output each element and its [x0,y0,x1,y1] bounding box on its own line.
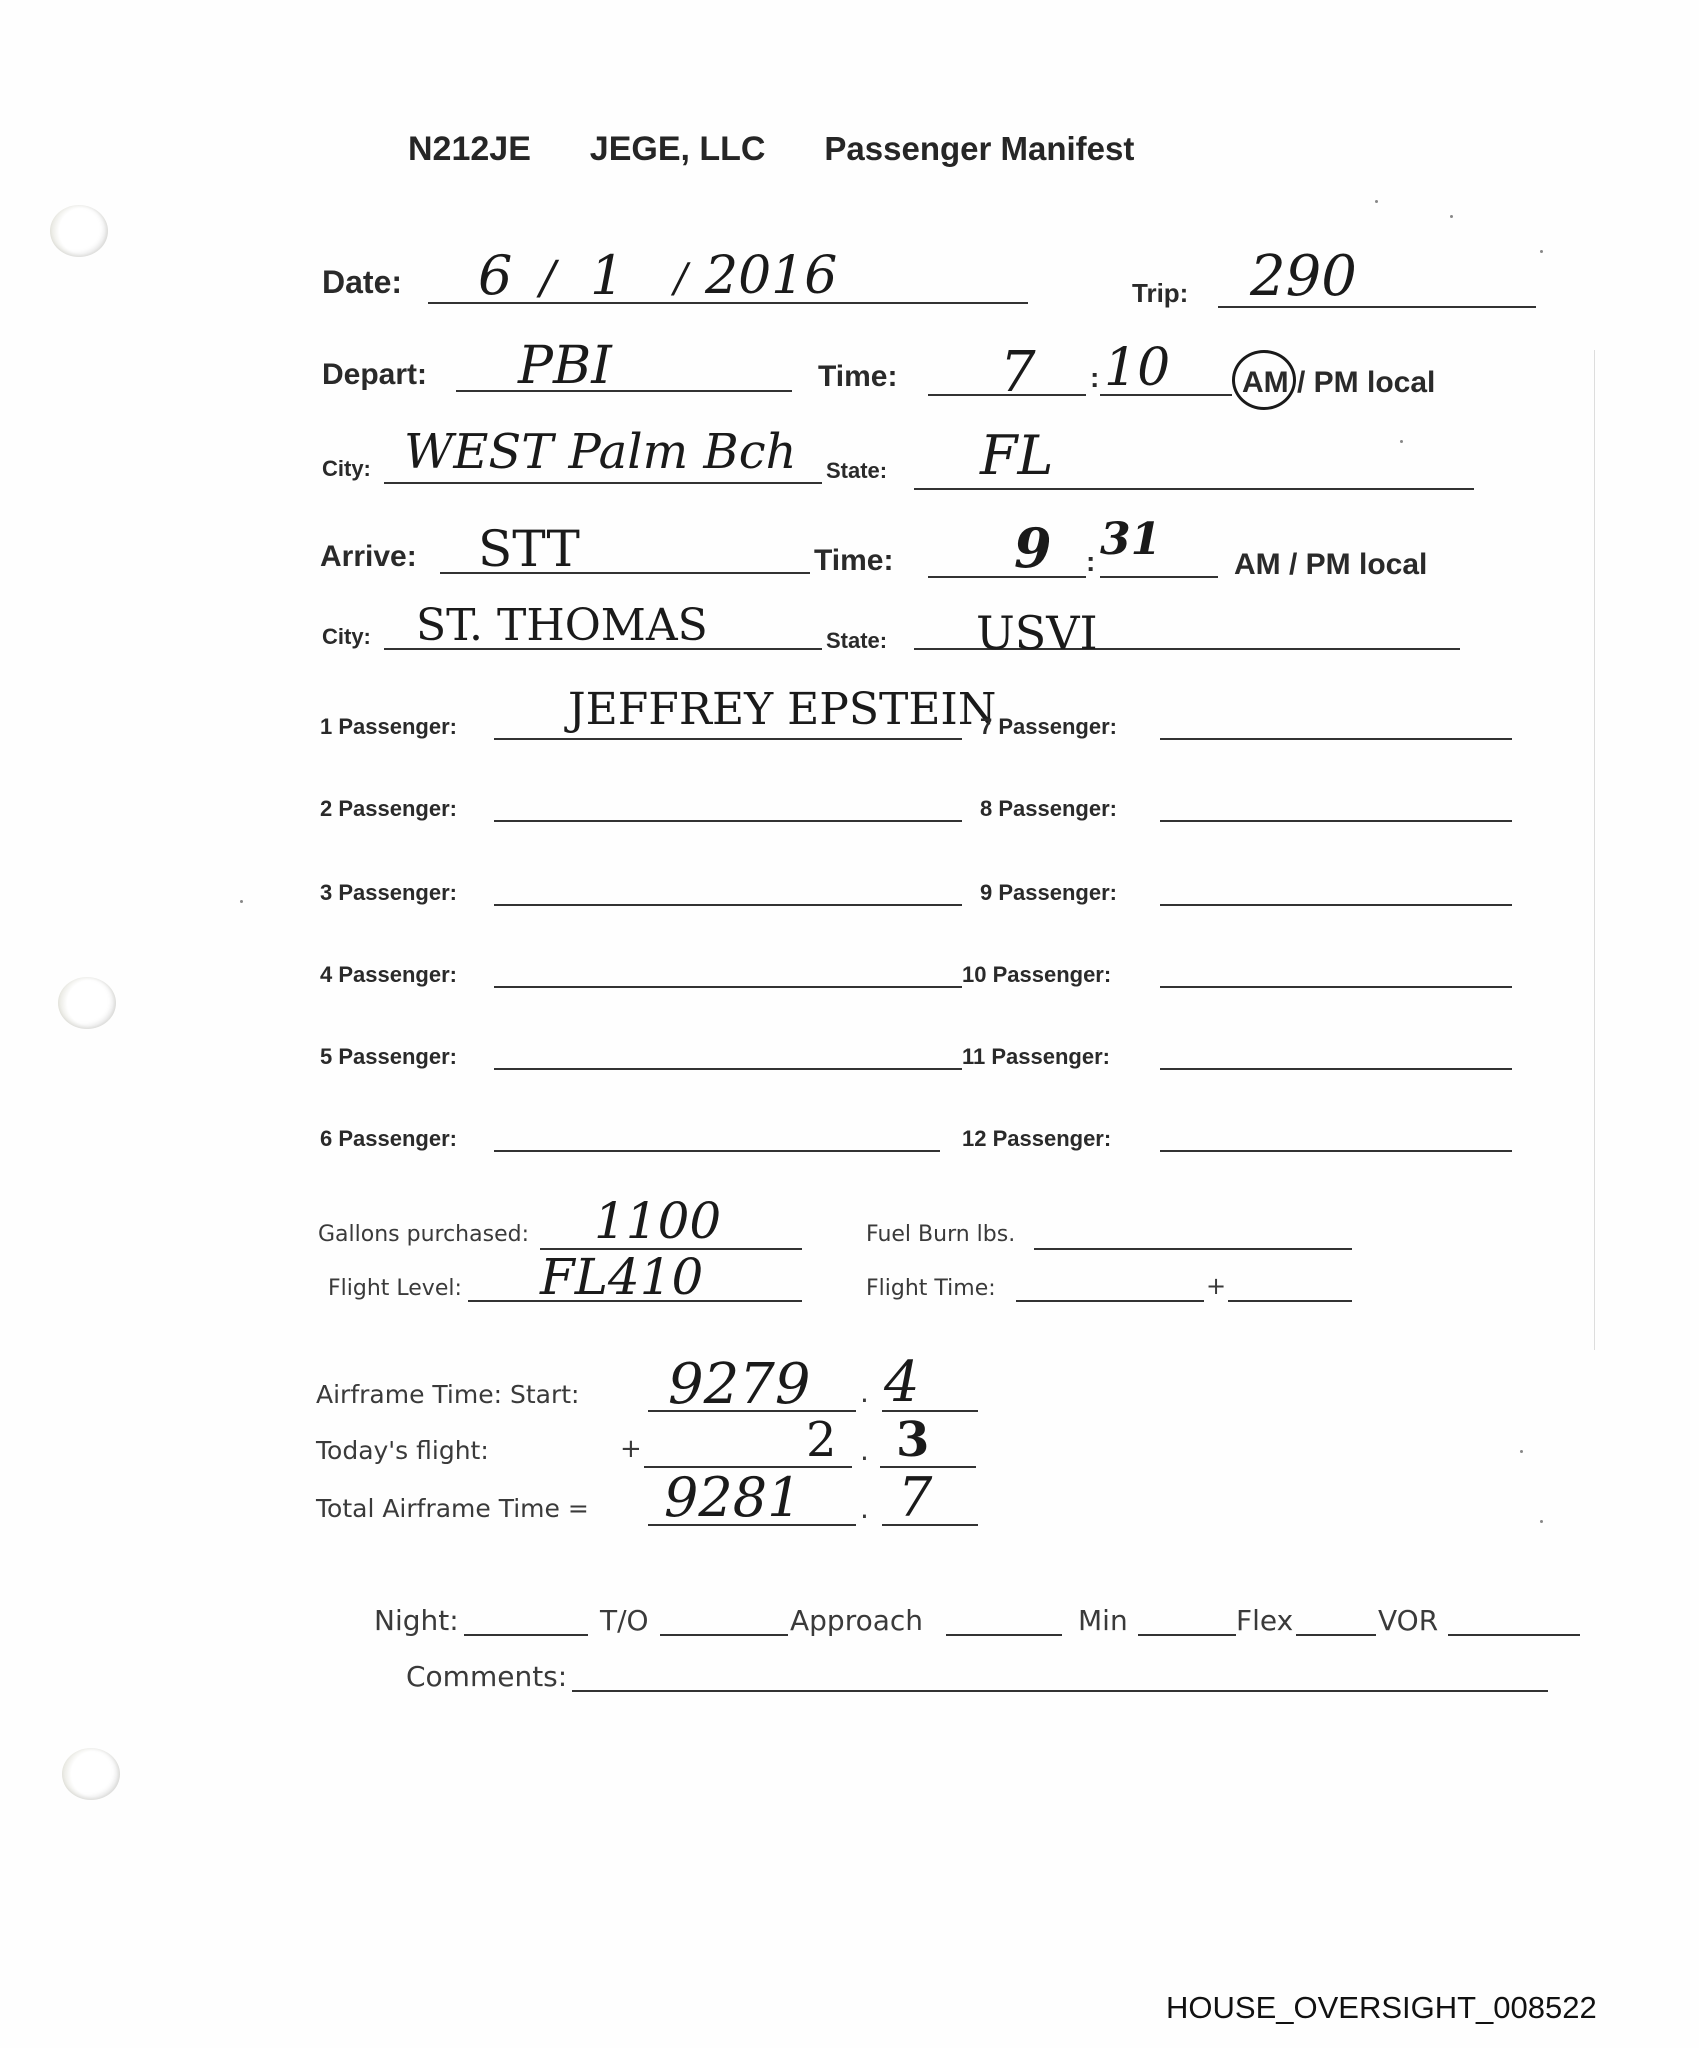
depart-state-line [914,488,1474,490]
passenger-8-label: 8 Passenger: [980,796,1117,822]
arrive-state-label: State: [826,628,887,654]
passenger-9-line[interactable] [1160,904,1512,906]
date-label: Date: [322,264,402,301]
scan-speck [1540,250,1543,253]
flight-time-hours-line[interactable] [1016,1300,1204,1302]
passenger-6-label: 6 Passenger: [320,1126,457,1152]
passenger-2-line[interactable] [494,820,962,822]
arrive-hour[interactable]: 9 [1014,516,1052,580]
date-separator-1: / [540,250,556,304]
arrive-time-colon: : [1086,546,1095,578]
todays-flight-whole[interactable]: 2 [806,1412,837,1468]
to-line[interactable] [660,1634,788,1636]
todays-flight-dot: . [860,1434,869,1467]
to-label: T/O [600,1604,649,1637]
passenger-6-line[interactable] [494,1150,940,1152]
passenger-5-line[interactable] [494,1068,962,1070]
airframe-start-dot: . [860,1376,869,1409]
scan-speck [1520,1450,1523,1453]
total-airframe-dot: . [860,1492,869,1525]
depart-line [456,390,792,392]
passenger-3-line[interactable] [494,904,962,906]
vor-label: VOR [1378,1604,1438,1637]
arrive-city[interactable]: ST. THOMAS [416,600,708,651]
passenger-12-line[interactable] [1160,1150,1512,1152]
depart-city-label: City: [322,456,371,482]
depart-state[interactable]: FL [980,424,1053,487]
date-year[interactable]: 2016 [705,246,837,306]
passenger-9-label: 9 Passenger: [980,880,1117,906]
arrive-minute-line [1100,576,1218,578]
passenger-5-label: 5 Passenger: [320,1044,457,1070]
total-airframe-tenth[interactable]: 7 [898,1466,932,1529]
passenger-1-label: 1 Passenger: [320,714,457,740]
comments-line[interactable] [572,1690,1548,1692]
date-separator-2: / [674,256,687,302]
passenger-7-line[interactable] [1160,738,1512,740]
manifest-title: N212JE JEGE, LLC Passenger Manifest [408,130,1134,169]
depart-state-label: State: [826,458,887,484]
passenger-10-line[interactable] [1160,986,1512,988]
airframe-start-tenth[interactable]: 4 [884,1350,920,1415]
depart-hour[interactable]: 7 [1000,340,1036,405]
scan-speck [1375,200,1378,203]
date-day[interactable]: 1 [590,244,624,307]
depart-minute[interactable]: 10 [1104,338,1170,398]
arrive-state[interactable]: USVI [976,606,1098,660]
bates-number: HOUSE_OVERSIGHT_008522 [1166,1990,1597,2026]
depart-time-colon: : [1090,362,1099,394]
tail-number: N212JE [408,130,531,168]
passenger-8-line[interactable] [1160,820,1512,822]
passenger-4-label: 4 Passenger: [320,962,457,988]
passenger-4-line[interactable] [494,986,962,988]
arrive-hour-line [928,576,1086,578]
date-month[interactable]: 6 [478,244,512,307]
arrive-label: Arrive: [320,540,417,574]
total-airframe-whole[interactable]: 9281 [664,1466,801,1529]
flex-label: Flex [1236,1604,1293,1637]
trip-label: Trip: [1132,278,1188,309]
passenger-11-label: 11 Passenger: [962,1044,1110,1070]
scan-speck [240,900,243,903]
fuel-burn-line[interactable] [1034,1248,1352,1250]
todays-flight-tenth[interactable]: 3 [896,1412,929,1468]
todays-flight-plus: + [620,1434,642,1464]
trip-number[interactable]: 290 [1250,244,1357,309]
scan-speck [1400,440,1403,443]
gallons-value[interactable]: 1100 [594,1192,721,1250]
company-name: JEGE, LLC [590,130,766,168]
comments-label: Comments: [406,1660,567,1693]
arrive-ampm-label[interactable]: AM / PM local [1234,548,1427,582]
night-label: Night: [374,1604,459,1637]
depart-airport[interactable]: PBI [518,336,612,396]
passenger-2-label: 2 Passenger: [320,796,457,822]
passenger-1-line[interactable] [494,738,962,740]
passenger-11-line[interactable] [1160,1068,1512,1070]
binder-hole-top [50,205,108,257]
manifest-page: N212JE JEGE, LLC Passenger Manifest Date… [0,0,1699,2048]
passenger-10-label: 10 Passenger: [962,962,1111,988]
flight-time-tenths-line[interactable] [1228,1300,1352,1302]
scan-speck [1540,1520,1543,1523]
night-line[interactable] [464,1634,588,1636]
passenger-12-label: 12 Passenger: [962,1126,1111,1152]
passenger-3-label: 3 Passenger: [320,880,457,906]
total-airframe-label: Total Airframe Time = [316,1494,589,1523]
depart-city-line [384,482,822,484]
airframe-start-whole[interactable]: 9279 [668,1352,811,1417]
flight-level-label: Flight Level: [328,1276,462,1301]
vor-line[interactable] [1448,1634,1580,1636]
arrive-city-label: City: [322,624,371,650]
flight-time-plus: + [1206,1272,1226,1300]
min-label: Min [1078,1604,1128,1637]
arrive-airport[interactable]: STT [478,520,580,578]
depart-city[interactable]: WEST Palm Bch [404,424,796,480]
arrive-time-label: Time: [814,544,893,578]
binder-hole-bottom [62,1748,120,1800]
min-line[interactable] [1138,1634,1236,1636]
binder-hole-middle [58,977,116,1029]
flight-time-label: Flight Time: [866,1276,996,1301]
passenger-1-name[interactable]: JEFFREY EPSTEIN [568,684,996,735]
depart-ampm-label[interactable]: AM / PM local [1242,366,1435,400]
approach-line[interactable] [946,1634,1062,1636]
fuel-burn-label: Fuel Burn lbs. [866,1222,1015,1247]
flex-line[interactable] [1296,1634,1376,1636]
todays-flight-label: Today's flight: [316,1436,489,1465]
scan-speck [1450,215,1453,218]
approach-label: Approach [790,1604,923,1637]
scan-edge-line [1594,350,1595,1350]
gallons-label: Gallons purchased: [318,1222,529,1247]
passenger-7-label: 7 Passenger: [980,714,1117,740]
airframe-start-label: Airframe Time: Start: [316,1380,579,1409]
depart-time-label: Time: [818,360,897,394]
flight-level-value[interactable]: FL410 [540,1248,703,1306]
depart-label: Depart: [322,358,427,392]
arrive-minute[interactable]: 31 [1100,514,1161,565]
document-title: Passenger Manifest [824,130,1134,167]
